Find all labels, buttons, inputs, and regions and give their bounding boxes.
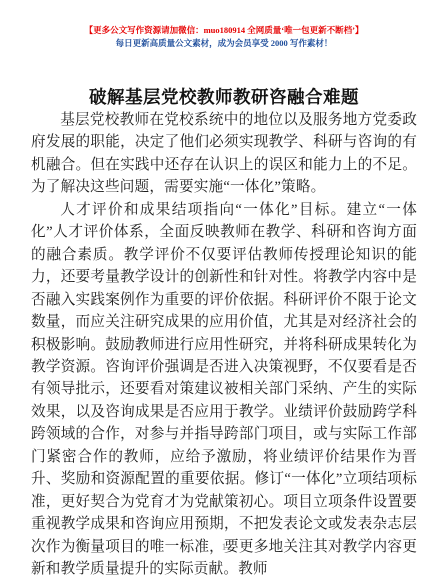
document-title: 破解基层党校教师教研咨融合难题 [0, 84, 448, 109]
document-page: 【更多公文写作资源请加微信：muo180914 全网质量‘唯一包更新不断档’】 … [0, 0, 448, 580]
page-number: 1 [0, 542, 448, 552]
promo-header-line1: 【更多公文写作资源请加微信：muo180914 全网质量‘唯一包更新不断档’】 [0, 24, 448, 37]
promo-header: 【更多公文写作资源请加微信：muo180914 全网质量‘唯一包更新不断档’】 … [0, 24, 448, 49]
body-paragraph: 基层党校教师在党校系统中的地位以及服务地方党委政府发展的职能，决定了他们必须实现… [31, 109, 417, 199]
body-paragraph: 人才评价和成果结项指向“一体化”目标。建立“一体化”人才评价体系，全面反映教师在… [31, 199, 417, 580]
document-body: 基层党校教师在党校系统中的地位以及服务地方党委政府发展的职能，决定了他们必须实现… [31, 109, 417, 580]
promo-header-line2: 每日更新高质量公文素材，成为会员享受 2000 写作素材！ [0, 37, 448, 50]
